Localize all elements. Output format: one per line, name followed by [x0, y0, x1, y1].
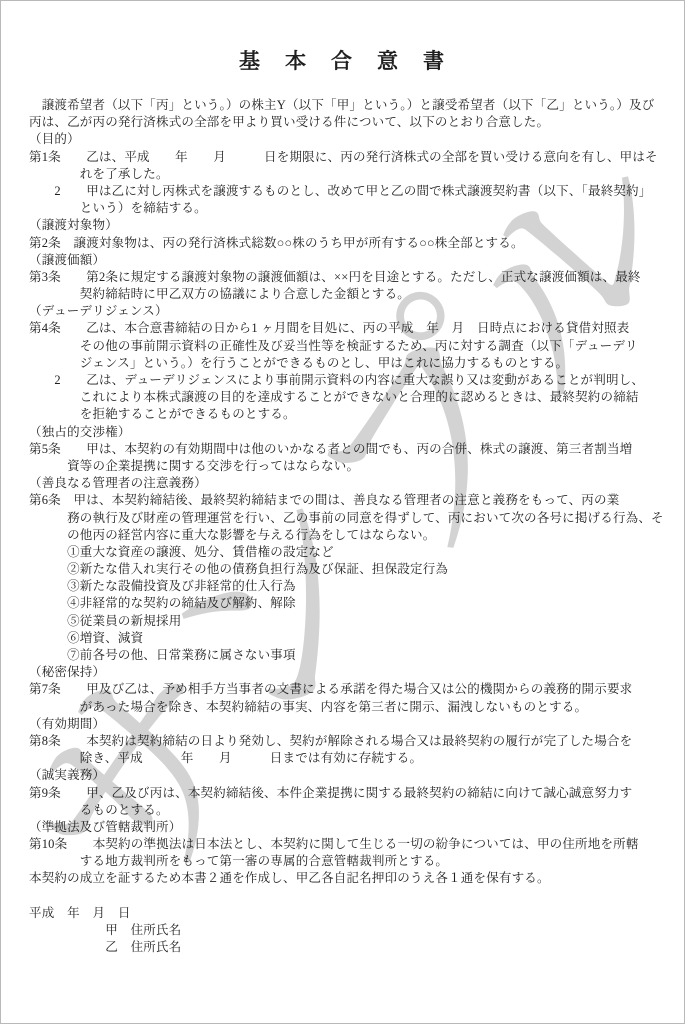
document-line: これにより本株式譲渡の目的を達成することができないと合理的に認めるときは、最終契… — [29, 389, 664, 406]
document-line: （譲渡価額） — [29, 252, 664, 269]
document-line: 除き、平成 年 月 日までは有効に存続する。 — [29, 750, 664, 767]
document-line: を拒絶することができるものとする。 — [29, 406, 664, 423]
document-line: 第9条 甲、乙及び丙は、本契約締結後、本件企業提携に関する最終契約の締結に向けて… — [29, 785, 664, 802]
document-line: 第10条 本契約の準拠法は日本法とし、本契約に関して生じる一切の紛争については、… — [29, 836, 664, 853]
document-line: 平成 年 月 日 — [29, 905, 664, 922]
document-line: るものとする。 — [29, 802, 664, 819]
document-line: ⑦前各号の他、日常業務に属さない事項 — [29, 647, 664, 664]
document-line: 第2条 譲渡対象物は、丙の発行済株式総数○○株のうち甲が所有する○○株全部とする… — [29, 235, 664, 252]
document-line: 乙 住所氏名 — [29, 939, 664, 956]
document-line: ジェンス」という｡）を行うことができるものとし、甲はこれに協力するものとする。 — [29, 355, 664, 372]
document-line: （秘密保持） — [29, 664, 664, 681]
document-page: サンプル 基 本 合 意 書 譲渡希望者（以下「丙」という｡）の株主Y（以下「甲… — [0, 0, 685, 1024]
document-line: ③新たな設備投資及び非経常的仕入行為 — [29, 578, 664, 595]
document-line: 務の執行及び財産の管理運営を行い、乙の事前の同意を得ずして、丙において次の各号に… — [29, 510, 664, 527]
document-line: する地方裁判所をもって第一審の専属的合意管轄裁判所とする。 — [29, 853, 664, 870]
document-line: ②新たな借入れ実行その他の債務負担行為及び保証、担保設定行為 — [29, 561, 664, 578]
document-line: 甲 住所氏名 — [29, 922, 664, 939]
document-line: ⑤従業員の新規採用 — [29, 613, 664, 630]
document-line: （デューデリジェンス） — [29, 303, 664, 320]
document-line: 第8条 本契約は契約締結の日より発効し、契約が解除される場合又は最終契約の履行が… — [29, 733, 664, 750]
document-line: （有効期間） — [29, 716, 664, 733]
document-line: 本契約の成立を証するため本書２通を作成し、甲乙各自記名押印のうえ各１通を保有する… — [29, 870, 664, 887]
document-line: その他の事前開示資料の正確性及び妥当性等を検証するため、丙に対する調査（以下「デ… — [29, 338, 664, 355]
document-line: れを了承した。 — [29, 166, 664, 183]
document-line: 第5条 甲は、本契約の有効期間中は他のいかなる者との間でも、丙の合併、株式の譲渡… — [29, 441, 664, 458]
document-title: 基 本 合 意 書 — [1, 45, 684, 75]
document-line: 第6条 甲は、本契約締結後、最終契約締結までの間は、善良なる管理者の注意と義務を… — [29, 492, 664, 509]
document-line: があった場合を除き、本契約締結の事実、内容を第三者に開示、漏洩しないものとする。 — [29, 699, 664, 716]
document-line: 資等の企業提携に関する交渉を行ってはならない。 — [29, 458, 664, 475]
document-line: ①重大な資産の譲渡、処分、賃借権の設定など — [29, 544, 664, 561]
document-line: 契約締結時に甲乙双方の協議により合意した金額とする。 — [29, 286, 664, 303]
document-line: 2 乙は、デューデリジェンスにより事前開示資料の内容に重大な誤り又は変動があるこ… — [29, 372, 664, 389]
document-line: 第7条 甲及び乙は、予め相手方当事者の文書による承諾を得た場合又は公的機関からの… — [29, 681, 664, 698]
document-line: という）を締結する。 — [29, 200, 664, 217]
document-line — [29, 888, 664, 905]
document-line: の他丙の経営内容に重大な影響を与える行為をしてはならない。 — [29, 527, 664, 544]
document-line: 第3条 第2条に規定する譲渡対象物の譲渡価額は、××円を目途とする。ただし、正式… — [29, 269, 664, 286]
document-line: ④非経常的な契約の締結及び解約、解除 — [29, 595, 664, 612]
document-line: （善良なる管理者の注意義務） — [29, 475, 664, 492]
document-line: （誠実義務） — [29, 767, 664, 784]
document-line: （譲渡対象物） — [29, 217, 664, 234]
document-line: 丙は、乙が丙の発行済株式の全部を甲より買い受ける件について、以下のとおり合意した… — [29, 114, 664, 131]
document-line: ⑥増資、減資 — [29, 630, 664, 647]
document-line: 2 甲は乙に対し丙株式を譲渡するものとし、改めて甲と乙の間で株式譲渡契約書（以下… — [29, 183, 664, 200]
document-body: 譲渡希望者（以下「丙」という｡）の株主Y（以下「甲」という｡）と譲受希望者（以下… — [29, 97, 664, 956]
document-line: （独占的交渉権） — [29, 424, 664, 441]
document-line: 第1条 乙は、平成 年 月 日を期限に、丙の発行済株式の全部を買い受ける意向を有… — [29, 149, 664, 166]
document-line: （準拠法及び管轄裁判所） — [29, 819, 664, 836]
document-line: （目的） — [29, 131, 664, 148]
document-line: 第4条 乙は、本合意書締結の日から1 ヶ月間を目処に、丙の平成 年 月 日時点に… — [29, 320, 664, 337]
document-line: 譲渡希望者（以下「丙」という｡）の株主Y（以下「甲」という｡）と譲受希望者（以下… — [29, 97, 664, 114]
